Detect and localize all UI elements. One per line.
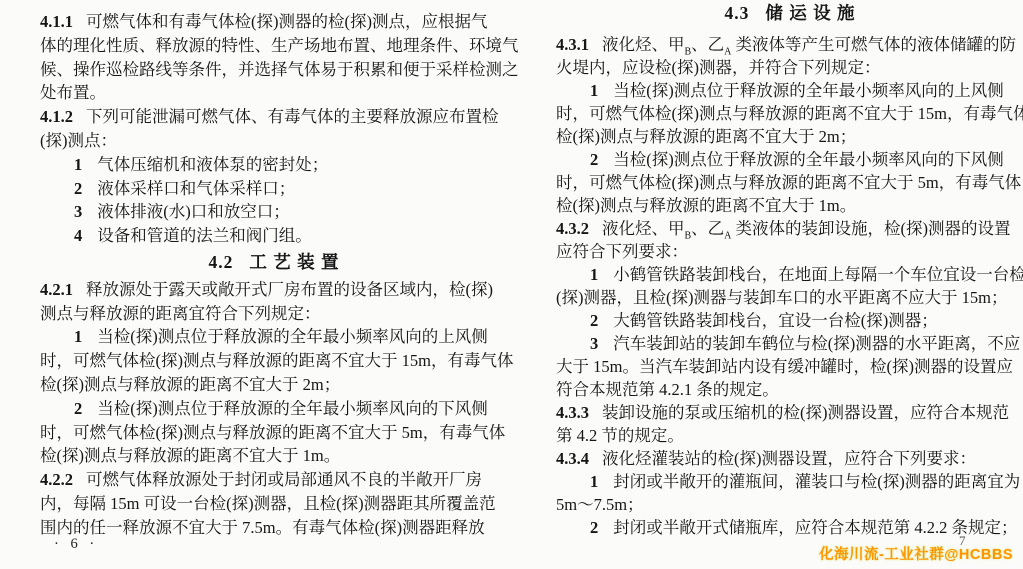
line-text: (探)测点：	[40, 131, 117, 150]
line-text: 封闭或半敞开式储瓶库，应符合本规范第 4.2.2 条规定；	[613, 518, 1017, 537]
clause-number: 1	[590, 472, 598, 491]
page-number-left: · 6 ·	[54, 536, 98, 553]
text-line: 2液体采样口和气体采样口；	[40, 177, 508, 201]
line-text: 液化烃灌装站的检(探)测器设置，应符合下列要求：	[602, 449, 976, 468]
text-line: 1当检(探)测点位于释放源的全年最小频率风向的上风侧	[40, 325, 508, 349]
clause-number: 4	[74, 226, 82, 245]
line-text: 第 4.2 节的规定。	[556, 426, 684, 445]
clause-number: 4.2.2	[40, 470, 73, 489]
clause-number: 4.3.2	[556, 219, 589, 238]
clause-number: 1	[74, 327, 82, 346]
line-text: 应符合下列要求：	[556, 242, 688, 261]
clause-number: 2	[74, 179, 82, 198]
line-text: 时，可燃气体检(探)测点与释放源的距离不宜大于 5m，有毒气体	[40, 423, 505, 442]
line-text: 火堤内，应设检(探)测器，并符合下列规定：	[556, 58, 881, 77]
text-line: 4.3.1液化烃、甲B、乙A 类液体等产生可燃气体的液体储罐的防	[556, 33, 1023, 56]
line-text: 检(探)测点与释放源的距离不宜大于 1m。	[556, 196, 856, 215]
text-line: 4.3.4液化烃灌装站的检(探)测器设置，应符合下列要求：	[556, 447, 1023, 470]
text-line: 4.1.2下列可能泄漏可燃气体、有毒气体的主要释放源应布置检	[40, 105, 508, 129]
clause-number: 4.2.1	[40, 280, 73, 299]
text-line: 时，可燃气体检(探)测点与释放源的距离不宜大于 5m，有毒气体	[556, 171, 1023, 194]
line-text: 5m～7.5m；	[556, 495, 644, 514]
line-text: 检(探)测点与释放源的距离不宜大于 2m；	[40, 375, 340, 394]
text-line: 4设备和管道的法兰和阀门组。	[40, 224, 508, 248]
line-text: 下列可能泄漏可燃气体、有毒气体的主要释放源应布置检	[86, 107, 499, 126]
text-line: 检(探)测点与释放源的距离不宜大于 2m；	[556, 125, 1023, 148]
text-line: 内，每隔 15m 可设一台检(探)测器，且检(探)测器距其所覆盖范	[40, 492, 508, 516]
line-text: 测点与释放源的距离宜符合下列规定：	[40, 304, 321, 323]
line-text: 当检(探)测点位于释放源的全年最小频率风向的上风侧	[613, 81, 1004, 100]
text-line: (探)测点：	[40, 129, 508, 153]
text-line: 1封闭或半敞开的灌瓶间，灌装口与检(探)测器的距离宜为	[556, 470, 1023, 493]
text-line: 围内的任一释放源不宜大于 7.5m。有毒气体检(探)测器距释放	[40, 516, 508, 540]
text-line: 处布置。	[40, 81, 508, 105]
text-line: 第 4.2 节的规定。	[556, 424, 1023, 447]
clause-number: 2	[590, 311, 598, 330]
text-line: 3汽车装卸站的装卸车鹤位与检(探)测器的水平距离，不应	[556, 332, 1023, 355]
clause-number: 1	[74, 155, 82, 174]
text-line: 2大鹤管铁路装卸栈台，宜设一台检(探)测器；	[556, 309, 1023, 332]
line-text: 液体采样口和气体采样口；	[97, 179, 295, 198]
section-heading: 4.2工 艺 装 置	[40, 251, 508, 275]
line-text: 气体压缩机和液体泵的密封处；	[97, 155, 328, 174]
line-text: 时，可燃气体检(探)测点与释放源的距离不宜大于 15m，有毒气体	[40, 351, 513, 370]
text-line: 检(探)测点与释放源的距离不宜大于 2m；	[40, 373, 508, 397]
line-text: 当检(探)测点位于释放源的全年最小频率风向的下风侧	[97, 399, 488, 418]
line-text: 围内的任一释放源不宜大于 7.5m。有毒气体检(探)测器距释放	[40, 518, 485, 537]
line-text: 大于 15m。当汽车装卸站内设有缓冲罐时，检(探)测器的设置应	[556, 357, 1013, 376]
text-line: 符合本规范第 4.2.1 条的规定。	[556, 378, 1023, 401]
text-line: 检(探)测点与释放源的距离不宜大于 1m。	[40, 444, 508, 468]
clause-number: 2	[74, 399, 82, 418]
line-text: 小鹤管铁路装卸栈台，在地面上每隔一个车位宜设一台检	[613, 265, 1023, 284]
text-line: 应符合下列要求：	[556, 240, 1023, 263]
scanned-document-spread: 4.1.1可燃气体和有毒气体检(探)测器的检(探)测点，应根据气体的理化性质、释…	[0, 0, 1023, 569]
section-heading: 4.3储 运 设 施	[556, 2, 1023, 25]
clause-number: 3	[590, 334, 598, 353]
line-text: 汽车装卸站的装卸车鹤位与检(探)测器的水平距离，不应	[613, 334, 1020, 353]
line-text: 可燃气体和有毒气体检(探)测器的检(探)测点，应根据气	[86, 12, 487, 31]
document-page-right: 4.3储 运 设 施4.3.1液化烃、甲B、乙A 类液体等产生可燃气体的液体储罐…	[556, 2, 1023, 539]
line-text: 工 艺 装 置	[249, 252, 339, 272]
text-line: 4.2.1释放源处于露天或敞开式厂房布置的设备区域内，检(探)	[40, 278, 508, 302]
line-text: 体的理化性质、释放源的特性、生产场地布置、地理条件、环境气	[40, 36, 519, 55]
document-page-left: 4.1.1可燃气体和有毒气体检(探)测器的检(探)测点，应根据气体的理化性质、释…	[40, 10, 508, 540]
line-text: 候、操作巡检路线等条件，并选择气体易于积累和便于采样检测之	[40, 60, 519, 79]
text-line: 时，可燃气体检(探)测点与释放源的距离不宜大于 15m，有毒气体	[556, 102, 1023, 125]
text-line: 时，可燃气体检(探)测点与释放源的距离不宜大于 15m，有毒气体	[40, 349, 508, 373]
text-line: 3液体排液(水)口和放空口；	[40, 200, 508, 224]
text-line: 检(探)测点与释放源的距离不宜大于 1m。	[556, 194, 1023, 217]
line-text: 液化烃、甲B、乙A 类液体的装卸设施，检(探)测器的设置	[602, 219, 1011, 238]
line-text: 液化烃、甲B、乙A 类液体等产生可燃气体的液体储罐的防	[602, 35, 1016, 54]
text-line: 1当检(探)测点位于释放源的全年最小频率风向的上风侧	[556, 79, 1023, 102]
line-text: 释放源处于露天或敞开式厂房布置的设备区域内，检(探)	[86, 280, 493, 299]
text-line: (探)测器，且检(探)测器与装卸车口的水平距离不应大于 15m；	[556, 286, 1023, 309]
line-text: 装卸设施的泵或压缩机的检(探)测器设置，应符合本规范	[602, 403, 1009, 422]
clause-number: 1	[590, 265, 598, 284]
clause-number: 4.3	[725, 3, 750, 23]
text-line: 4.1.1可燃气体和有毒气体检(探)测器的检(探)测点，应根据气	[40, 10, 508, 34]
text-line: 4.2.2可燃气体释放源处于封闭或局部通风不良的半敞开厂房	[40, 468, 508, 492]
line-text: 当检(探)测点位于释放源的全年最小频率风向的下风侧	[613, 150, 1004, 169]
clause-number: 4.2	[209, 252, 234, 272]
text-line: 时，可燃气体检(探)测点与释放源的距离不宜大于 5m，有毒气体	[40, 421, 508, 445]
text-line: 大于 15m。当汽车装卸站内设有缓冲罐时，检(探)测器的设置应	[556, 355, 1023, 378]
line-text: 时，可燃气体检(探)测点与释放源的距离不宜大于 5m，有毒气体	[556, 173, 1021, 192]
text-line: 2当检(探)测点位于释放源的全年最小频率风向的下风侧	[40, 397, 508, 421]
clause-number: 4.3.3	[556, 403, 589, 422]
line-text: 储 运 设 施	[765, 3, 855, 23]
clause-number: 4.3.1	[556, 35, 589, 54]
line-text: 可燃气体释放源处于封闭或局部通风不良的半敞开厂房	[86, 470, 482, 489]
text-line: 1小鹤管铁路装卸栈台，在地面上每隔一个车位宜设一台检	[556, 263, 1023, 286]
line-text: 大鹤管铁路装卸栈台，宜设一台检(探)测器；	[613, 311, 938, 330]
text-line: 体的理化性质、释放源的特性、生产场地布置、地理条件、环境气	[40, 34, 508, 58]
text-line: 测点与释放源的距离宜符合下列规定：	[40, 302, 508, 326]
line-text: 内，每隔 15m 可设一台检(探)测器，且检(探)测器距其所覆盖范	[40, 494, 496, 513]
line-text: 处布置。	[40, 83, 106, 102]
line-text: 时，可燃气体检(探)测点与释放源的距离不宜大于 15m，有毒气体	[556, 104, 1023, 123]
text-line: 5m～7.5m；	[556, 493, 1023, 516]
line-text: (探)测器，且检(探)测器与装卸车口的水平距离不应大于 15m；	[556, 288, 1007, 307]
line-text: 当检(探)测点位于释放源的全年最小频率风向的上风侧	[97, 327, 488, 346]
line-text: 符合本规范第 4.2.1 条的规定。	[556, 380, 779, 399]
text-line: 4.3.2液化烃、甲B、乙A 类液体的装卸设施，检(探)测器的设置	[556, 217, 1023, 240]
clause-number: 2	[590, 518, 598, 537]
text-line: 火堤内，应设检(探)测器，并符合下列规定：	[556, 56, 1023, 79]
clause-number: 4.1.2	[40, 107, 73, 126]
clause-number: 1	[590, 81, 598, 100]
line-text: 设备和管道的法兰和阀门组。	[97, 226, 312, 245]
line-text: 液体排液(水)口和放空口；	[97, 202, 290, 221]
text-line: 1气体压缩机和液体泵的密封处；	[40, 153, 508, 177]
line-text: 封闭或半敞开的灌瓶间，灌装口与检(探)测器的距离宜为	[613, 472, 1020, 491]
text-line: 2当检(探)测点位于释放源的全年最小频率风向的下风侧	[556, 148, 1023, 171]
line-text: 检(探)测点与释放源的距离不宜大于 2m；	[556, 127, 856, 146]
line-text: 检(探)测点与释放源的距离不宜大于 1m。	[40, 446, 340, 465]
clause-number: 4.1.1	[40, 12, 73, 31]
watermark: 化海川流-工业社群@HCBBS	[819, 543, 1013, 564]
clause-number: 4.3.4	[556, 449, 589, 468]
text-line: 4.3.3装卸设施的泵或压缩机的检(探)测器设置，应符合本规范	[556, 401, 1023, 424]
text-line: 2封闭或半敞开式储瓶库，应符合本规范第 4.2.2 条规定；	[556, 516, 1023, 539]
clause-number: 2	[590, 150, 598, 169]
clause-number: 3	[74, 202, 82, 221]
text-line: 候、操作巡检路线等条件，并选择气体易于积累和便于采样检测之	[40, 58, 508, 82]
